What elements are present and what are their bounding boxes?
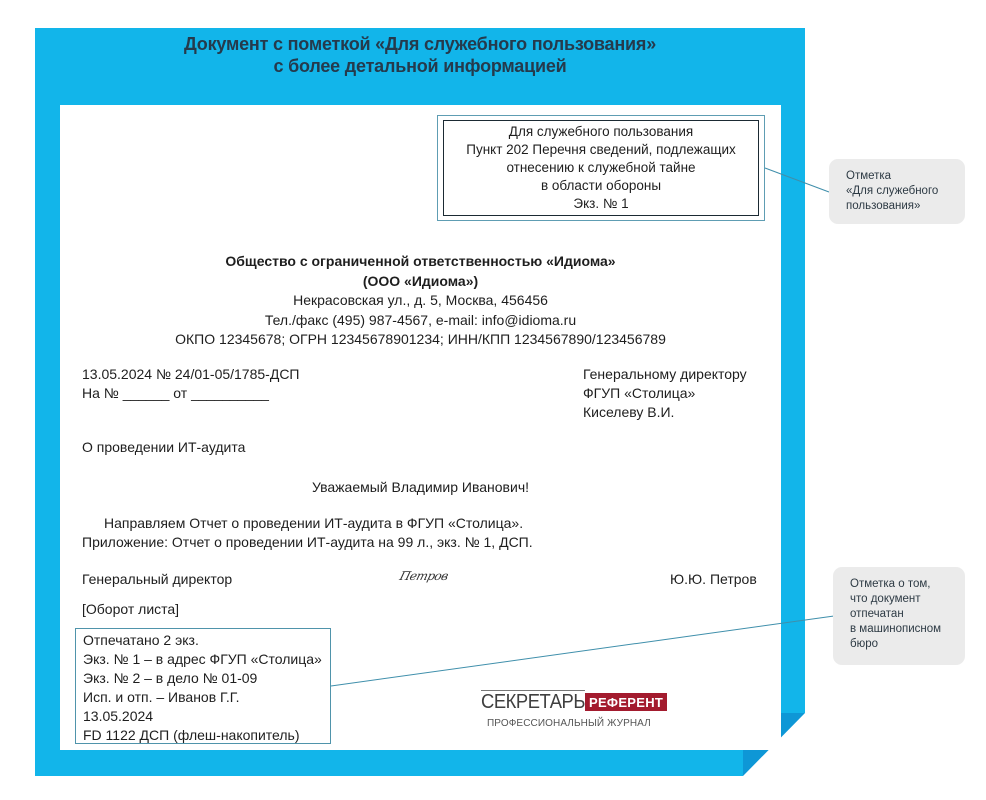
- handwritten-signature: Петров: [398, 569, 450, 583]
- dsp-stamp-inner: Для служебного пользования Пункт 202 Пер…: [443, 120, 759, 216]
- org-address: Некрасовская ул., д. 5, Москва, 456456: [60, 291, 781, 311]
- stamp-line: отнесению к служебной тайне: [506, 159, 695, 177]
- addressee-line: ФГУП «Столица»: [583, 384, 747, 403]
- print-note-line: Экз. № 1 – в адрес ФГУП «Столица»: [83, 650, 330, 669]
- callout-line: «Для служебного: [846, 184, 953, 199]
- logo-subtitle: ПРОФЕССИОНАЛЬНЫЙ ЖУРНАЛ: [487, 718, 667, 729]
- callout-line: отпечатан: [850, 607, 953, 622]
- logo-part-secretary: СЕКРЕТАРЬ: [481, 690, 585, 712]
- stamp-line: Пункт 202 Перечня сведений, подлежащих: [466, 141, 735, 159]
- callout-line: пользования»: [846, 199, 953, 214]
- reply-reference: На № ______ от __________: [82, 384, 300, 403]
- print-note-line: FD 1122 ДСП (флеш-накопитель): [83, 726, 330, 745]
- stamp-line: в области обороны: [541, 177, 661, 195]
- reverse-side-label: [Оборот листа]: [82, 600, 179, 619]
- signatory-name: Ю.Ю. Петров: [670, 570, 757, 589]
- subject-line: О проведении ИТ-аудита: [82, 438, 245, 457]
- title-line-2: с более детальной информацией: [35, 55, 805, 77]
- print-note-line: Экз. № 2 – в дело № 01-09: [83, 669, 330, 688]
- body-paragraph: Направляем Отчет о проведении ИТ-аудита …: [82, 514, 533, 533]
- dsp-stamp: Для служебного пользования Пункт 202 Пер…: [437, 115, 765, 221]
- org-contacts: Тел./факс (495) 987-4567, e-mail: info@i…: [60, 311, 781, 331]
- org-name: Общество с ограниченной ответственностью…: [60, 252, 781, 272]
- callout-line: Отметка: [846, 169, 953, 184]
- stamp-line: Для служебного пользования: [509, 123, 693, 141]
- attachment-line: Приложение: Отчет о проведении ИТ-аудита…: [82, 533, 533, 552]
- page-title: Документ с пометкой «Для служебного поль…: [35, 33, 805, 77]
- title-line-1: Документ с пометкой «Для служебного поль…: [35, 33, 805, 55]
- addressee-block: Генеральному директору ФГУП «Столица» Ки…: [583, 365, 747, 422]
- callout-typing-bureau: Отметка о том, что документ отпечатан в …: [833, 567, 965, 665]
- print-note-line: Отпечатано 2 экз.: [83, 631, 330, 650]
- callout-dsp-mark: Отметка «Для служебного пользования»: [829, 159, 965, 224]
- signatory-role: Генеральный директор: [82, 570, 232, 589]
- print-note-line: 13.05.2024: [83, 707, 330, 726]
- addressee-line: Генеральному директору: [583, 365, 747, 384]
- magazine-logo: СЕКРЕТАРЬ РЕФЕРЕНТ ПРОФЕССИОНАЛЬНЫЙ ЖУРН…: [481, 690, 667, 729]
- addressee-line: Киселеву В.И.: [583, 403, 747, 422]
- logo-part-referent: РЕФЕРЕНТ: [585, 693, 667, 711]
- callout-line: бюро: [850, 637, 953, 652]
- callout-line: в машинописном: [850, 622, 953, 637]
- print-note-line: Исп. и отп. – Иванов Г.Г.: [83, 688, 330, 707]
- letter-body: Направляем Отчет о проведении ИТ-аудита …: [82, 514, 533, 552]
- organization-header: Общество с ограниченной ответственностью…: [60, 252, 781, 350]
- print-note-box: Отпечатано 2 экз. Экз. № 1 – в адрес ФГУ…: [75, 628, 331, 744]
- callout-line: что документ: [850, 592, 953, 607]
- callout-line: Отметка о том,: [850, 577, 953, 592]
- registration-number: 13.05.2024 № 24/01-05/1785-ДСП: [82, 365, 300, 384]
- greeting: Уважаемый Владимир Иванович!: [60, 478, 781, 497]
- registration-block: 13.05.2024 № 24/01-05/1785-ДСП На № ____…: [82, 365, 300, 403]
- org-codes: ОКПО 12345678; ОГРН 12345678901234; ИНН/…: [60, 330, 781, 350]
- org-short-name: (ООО «Идиома»): [60, 272, 781, 292]
- stamp-line: Экз. № 1: [573, 195, 628, 213]
